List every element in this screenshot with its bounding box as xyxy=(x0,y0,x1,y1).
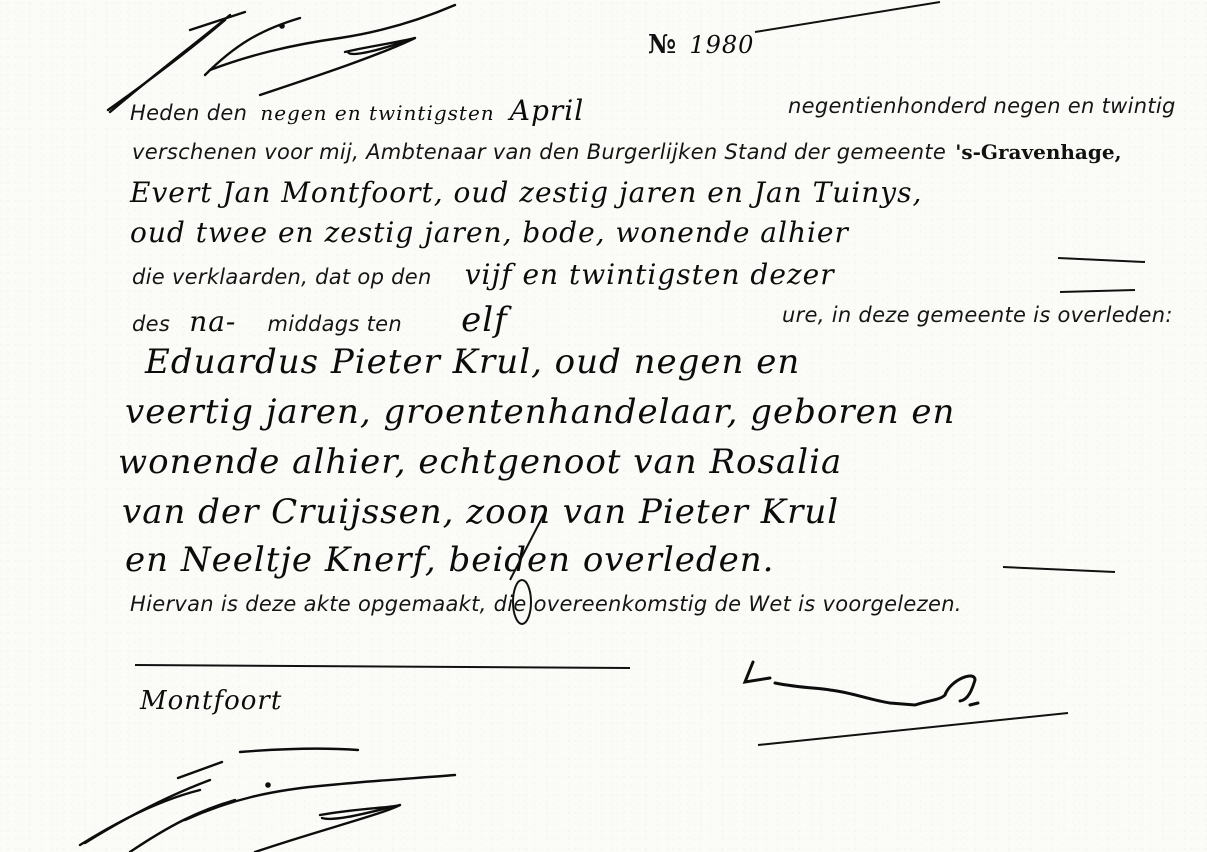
handwritten-month: April xyxy=(510,94,584,127)
line-declared: die verklaarden, dat op den vijf en twin… xyxy=(132,258,835,291)
printed-verschenen: verschenen voor mij, Ambtenaar van den B… xyxy=(132,140,946,164)
handwritten-witnesses-1: Evert Jan Montfoort, oud zestig jaren en… xyxy=(130,176,922,209)
printed-year: negentienhonderd negen en twintig xyxy=(788,94,1176,118)
handwritten-mother: en Neeltje Knerf, beiden overleden. xyxy=(125,540,774,580)
handwritten-witnesses-2: oud twee en zestig jaren, bode, wonende … xyxy=(130,216,849,249)
handwritten-day: negen en twintigsten xyxy=(260,101,494,125)
line-time: des na- middags ten elf xyxy=(132,300,508,340)
printed-heden-den: Heden den xyxy=(130,101,247,125)
handwritten-age-occupation: veertig jaren, groentenhandelaar, gebore… xyxy=(125,392,955,432)
printed-overleden: ure, in deze gemeente is overleden: xyxy=(782,303,1173,327)
printed-middags-ten: middags ten xyxy=(267,312,402,336)
handwritten-na: na- xyxy=(189,305,236,338)
number-value: 1980 xyxy=(689,31,754,59)
printed-des: des xyxy=(132,312,170,336)
line-appeared: verschenen voor mij, Ambtenaar van den B… xyxy=(132,140,1122,164)
printed-verklaarden: die verklaarden, dat op den xyxy=(132,265,432,289)
handwritten-deceased-name: Eduardus Pieter Krul, oud negen en xyxy=(145,342,800,382)
handwritten-spouse-father: van der Cruijssen, zoon van Pieter Krul xyxy=(122,492,839,532)
signature-montfoort: Montfoort xyxy=(140,686,282,716)
municipality-name: 's-Gravenhage, xyxy=(955,140,1121,164)
line-date: Heden den negen en twintigsten April xyxy=(130,94,584,127)
handwritten-residence-spouse: wonende alhier, echtgenoot van Rosalia xyxy=(118,442,842,482)
printed-closing-statement: Hiervan is deze akte opgemaakt, die over… xyxy=(130,592,962,616)
certificate-number: № 1980 xyxy=(648,30,754,60)
handwritten-hour: elf xyxy=(461,300,508,340)
number-label: № xyxy=(648,30,676,60)
handwritten-date-of-death: vijf en twintigsten dezer xyxy=(465,258,835,291)
